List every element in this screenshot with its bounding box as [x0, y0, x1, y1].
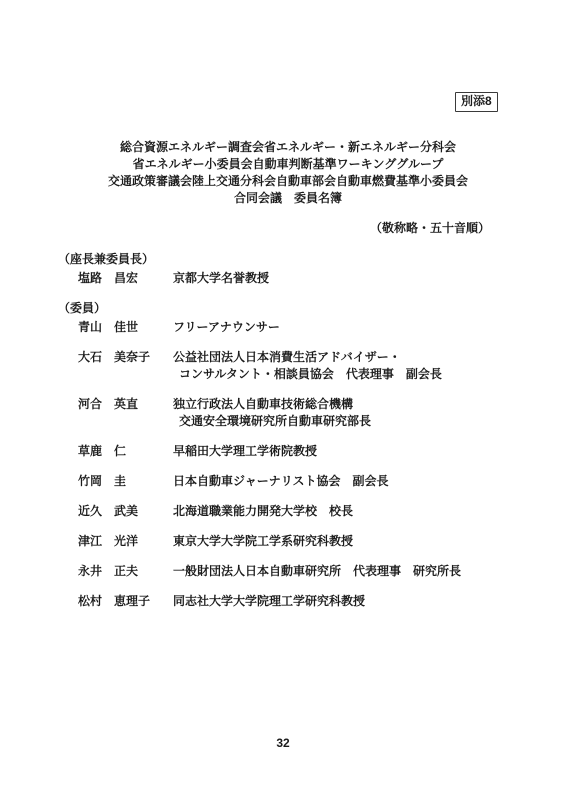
member-row: 永井 正夫一般財団法人日本自動車研究所 代表理事 研究所長: [78, 563, 566, 580]
member-row: 近久 武美北海道職業能力開発大学校 校長: [78, 503, 566, 520]
affiliation-line: 交通安全環境研究所自動車研究部長: [173, 413, 371, 430]
member-row: 青山 佳世フリーアナウンサー: [78, 319, 566, 336]
page-number: 32: [0, 735, 566, 752]
member-row: 河合 英直独立行政法人自動車技術総合機構交通安全環境研究所自動車研究部長: [78, 396, 566, 430]
member-name: 永井 正夫: [78, 563, 173, 580]
committee-section: （委員）青山 佳世フリーアナウンサー大石 美奈子公益社団法人日本消費生活アドバイ…: [0, 300, 566, 610]
member-affiliation: 一般財団法人日本自動車研究所 代表理事 研究所長: [173, 563, 461, 580]
member-name: 大石 美奈子: [78, 349, 173, 383]
title-line: 省エネルギー小委員会自動車判断基準ワーキンググループ: [10, 156, 566, 173]
committee-section: （座長兼委員長）塩路 昌宏京都大学名誉教授: [0, 251, 566, 287]
member-row: 津江 光洋東京大学大学院工学系研究科教授: [78, 533, 566, 550]
member-name: 竹岡 圭: [78, 473, 173, 490]
member-row: 大石 美奈子公益社団法人日本消費生活アドバイザー・コンサルタント・相談員協会 代…: [78, 349, 566, 383]
title-line: 合同会議 委員名簿: [10, 190, 566, 207]
affiliation-line: 公益社団法人日本消費生活アドバイザー・: [173, 349, 442, 366]
affiliation-line: フリーアナウンサー: [173, 319, 280, 336]
affiliation-line: 東京大学大学院工学系研究科教授: [173, 533, 353, 550]
affiliation-line: 日本自動車ジャーナリスト協会 副会長: [173, 473, 389, 490]
affiliation-line: コンサルタント・相談員協会 代表理事 副会長: [173, 366, 442, 383]
member-row: 草鹿 仁早稲田大学理工学術院教授: [78, 443, 566, 460]
document-page: 別添8 総合資源エネルギー調査会省エネルギー・新エネルギー分科会省エネルギー小委…: [0, 0, 566, 800]
member-affiliation: フリーアナウンサー: [173, 319, 280, 336]
affiliation-line: 独立行政法人自動車技術総合機構: [173, 396, 371, 413]
member-name: 河合 英直: [78, 396, 173, 430]
affiliation-line: 京都大学名誉教授: [173, 270, 269, 287]
member-row: 塩路 昌宏京都大学名誉教授: [78, 270, 566, 287]
member-name: 近久 武美: [78, 503, 173, 520]
member-name: 松村 恵理子: [78, 593, 173, 610]
section-heading: （座長兼委員長）: [58, 251, 566, 268]
attachment-badge: 別添8: [455, 92, 498, 112]
affiliation-line: 一般財団法人日本自動車研究所 代表理事 研究所長: [173, 563, 461, 580]
member-affiliation: 北海道職業能力開発大学校 校長: [173, 503, 353, 520]
affiliation-line: 早稲田大学理工学術院教授: [173, 443, 317, 460]
member-affiliation: 東京大学大学院工学系研究科教授: [173, 533, 353, 550]
member-list: （座長兼委員長）塩路 昌宏京都大学名誉教授（委員）青山 佳世フリーアナウンサー大…: [0, 251, 566, 610]
member-affiliation: 日本自動車ジャーナリスト協会 副会長: [173, 473, 389, 490]
member-affiliation: 早稲田大学理工学術院教授: [173, 443, 317, 460]
member-name: 青山 佳世: [78, 319, 173, 336]
honorific-note: （敬称略・五十音順）: [0, 220, 566, 237]
section-heading: （委員）: [58, 300, 566, 317]
member-row: 松村 恵理子同志社大学大学院理工学研究科教授: [78, 593, 566, 610]
member-row: 竹岡 圭日本自動車ジャーナリスト協会 副会長: [78, 473, 566, 490]
title-line: 交通政策審議会陸上交通分科会自動車部会自動車燃費基準小委員会: [10, 173, 566, 190]
member-name: 津江 光洋: [78, 533, 173, 550]
member-name: 草鹿 仁: [78, 443, 173, 460]
member-affiliation: 同志社大学大学院理工学研究科教授: [173, 593, 365, 610]
member-name: 塩路 昌宏: [78, 270, 173, 287]
affiliation-line: 北海道職業能力開発大学校 校長: [173, 503, 353, 520]
member-affiliation: 公益社団法人日本消費生活アドバイザー・コンサルタント・相談員協会 代表理事 副会…: [173, 349, 442, 383]
member-affiliation: 京都大学名誉教授: [173, 270, 269, 287]
member-affiliation: 独立行政法人自動車技術総合機構交通安全環境研究所自動車研究部長: [173, 396, 371, 430]
title-line: 総合資源エネルギー調査会省エネルギー・新エネルギー分科会: [10, 139, 566, 156]
affiliation-line: 同志社大学大学院理工学研究科教授: [173, 593, 365, 610]
